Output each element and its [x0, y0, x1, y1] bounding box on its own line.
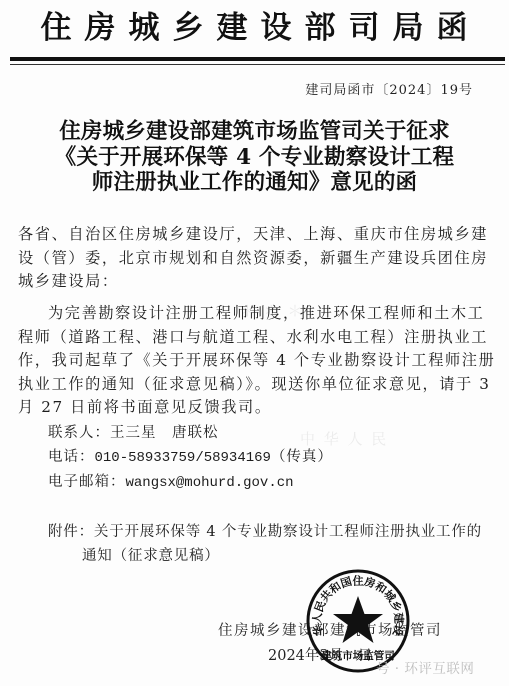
contact-email-label: 电子邮箱：	[48, 474, 126, 490]
document-title: 住房城乡建设部建筑市场监管司关于征求 《关于开展环保等 4 个专业勘察设计工程 …	[0, 119, 509, 196]
star-icon	[333, 596, 383, 643]
body-paragraph: 为完善勘察设计注册工程师制度，推进环保工程师和土木工 程师（道路工程、港口与航道…	[18, 302, 478, 420]
attachment-line: 通知（征求意见稿）	[48, 544, 482, 568]
body-line: 程师（道路工程、港口与航道工程、水利水电工程）注册执业工	[18, 326, 478, 350]
contact-phone-label: 电话：	[48, 449, 95, 465]
attachment-title: 关于开展环保等 4 个专业勘察设计工程师注册执业工作的	[94, 524, 482, 540]
salutation-line: 设（管）委，北京市规划和自然资源委，新疆生产建设兵团住房	[18, 247, 478, 271]
body-line: 作，我司起草了《关于开展环保等 4 个专业勘察设计工程师注册	[18, 349, 478, 373]
contact-person: 联系人：王三星 唐联松	[48, 421, 333, 445]
letterhead-title: 住房城乡建设部司局函	[0, 8, 509, 48]
contact-phone-suffix: （传真）	[271, 449, 333, 465]
attachment-line: 附件：关于开展环保等 4 个专业勘察设计工程师注册执业工作的	[48, 520, 482, 544]
attachment-label: 附件：	[48, 524, 94, 540]
document-number: 建司局函市〔2024〕19号	[305, 79, 473, 98]
salutation-line: 各省、自治区住房城乡建设厅，天津、上海、重庆市住房城乡建	[18, 223, 478, 247]
salutation: 各省、自治区住房城乡建设厅，天津、上海、重庆市住房城乡建 设（管）委，北京市规划…	[18, 223, 478, 294]
title-line: 《关于开展环保等 4 个专业勘察设计工程	[0, 145, 509, 171]
title-line: 住房城乡建设部建筑市场监管司关于征求	[0, 119, 509, 145]
attachment-block: 附件：关于开展环保等 4 个专业勘察设计工程师注册执业工作的 通知（征求意见稿）	[48, 520, 482, 568]
body-line: 执业工作的通知（征求意见稿）》。现送你单位征求意见，请于 3	[18, 373, 478, 397]
contact-phone-number: 010-58933759/58934169	[95, 450, 271, 466]
contact-phone: 电话：010-58933759/58934169（传真）	[48, 445, 333, 470]
title-line: 师注册执业工作的通知》意见的函	[0, 170, 509, 196]
salutation-line: 城乡建设局：	[18, 270, 478, 294]
document-page: 中 华 人 民 ＊ ＊ ＊ 住房城乡建设部司局函 建司局函市〔2024〕19号 …	[0, 0, 509, 686]
contact-person-names: 王三星 唐联松	[110, 425, 219, 441]
contact-email-address: wangsx@mohurd.gov.cn	[126, 475, 294, 491]
letterhead-rule-thin	[10, 64, 505, 65]
body-line: 月 27 日前将书面意见反馈我司。	[18, 396, 478, 420]
contact-block: 联系人：王三星 唐联松 电话：010-58933759/58934169（传真）…	[48, 421, 333, 495]
body-line: 为完善勘察设计注册工程师制度，推进环保工程师和土木工	[18, 302, 478, 326]
contact-email: 电子邮箱：wangsx@mohurd.gov.cn	[48, 470, 333, 495]
letterhead-rule-thick	[10, 57, 505, 61]
contact-person-label: 联系人：	[48, 425, 110, 441]
watermark: 号 · 环评互联网	[376, 657, 474, 677]
